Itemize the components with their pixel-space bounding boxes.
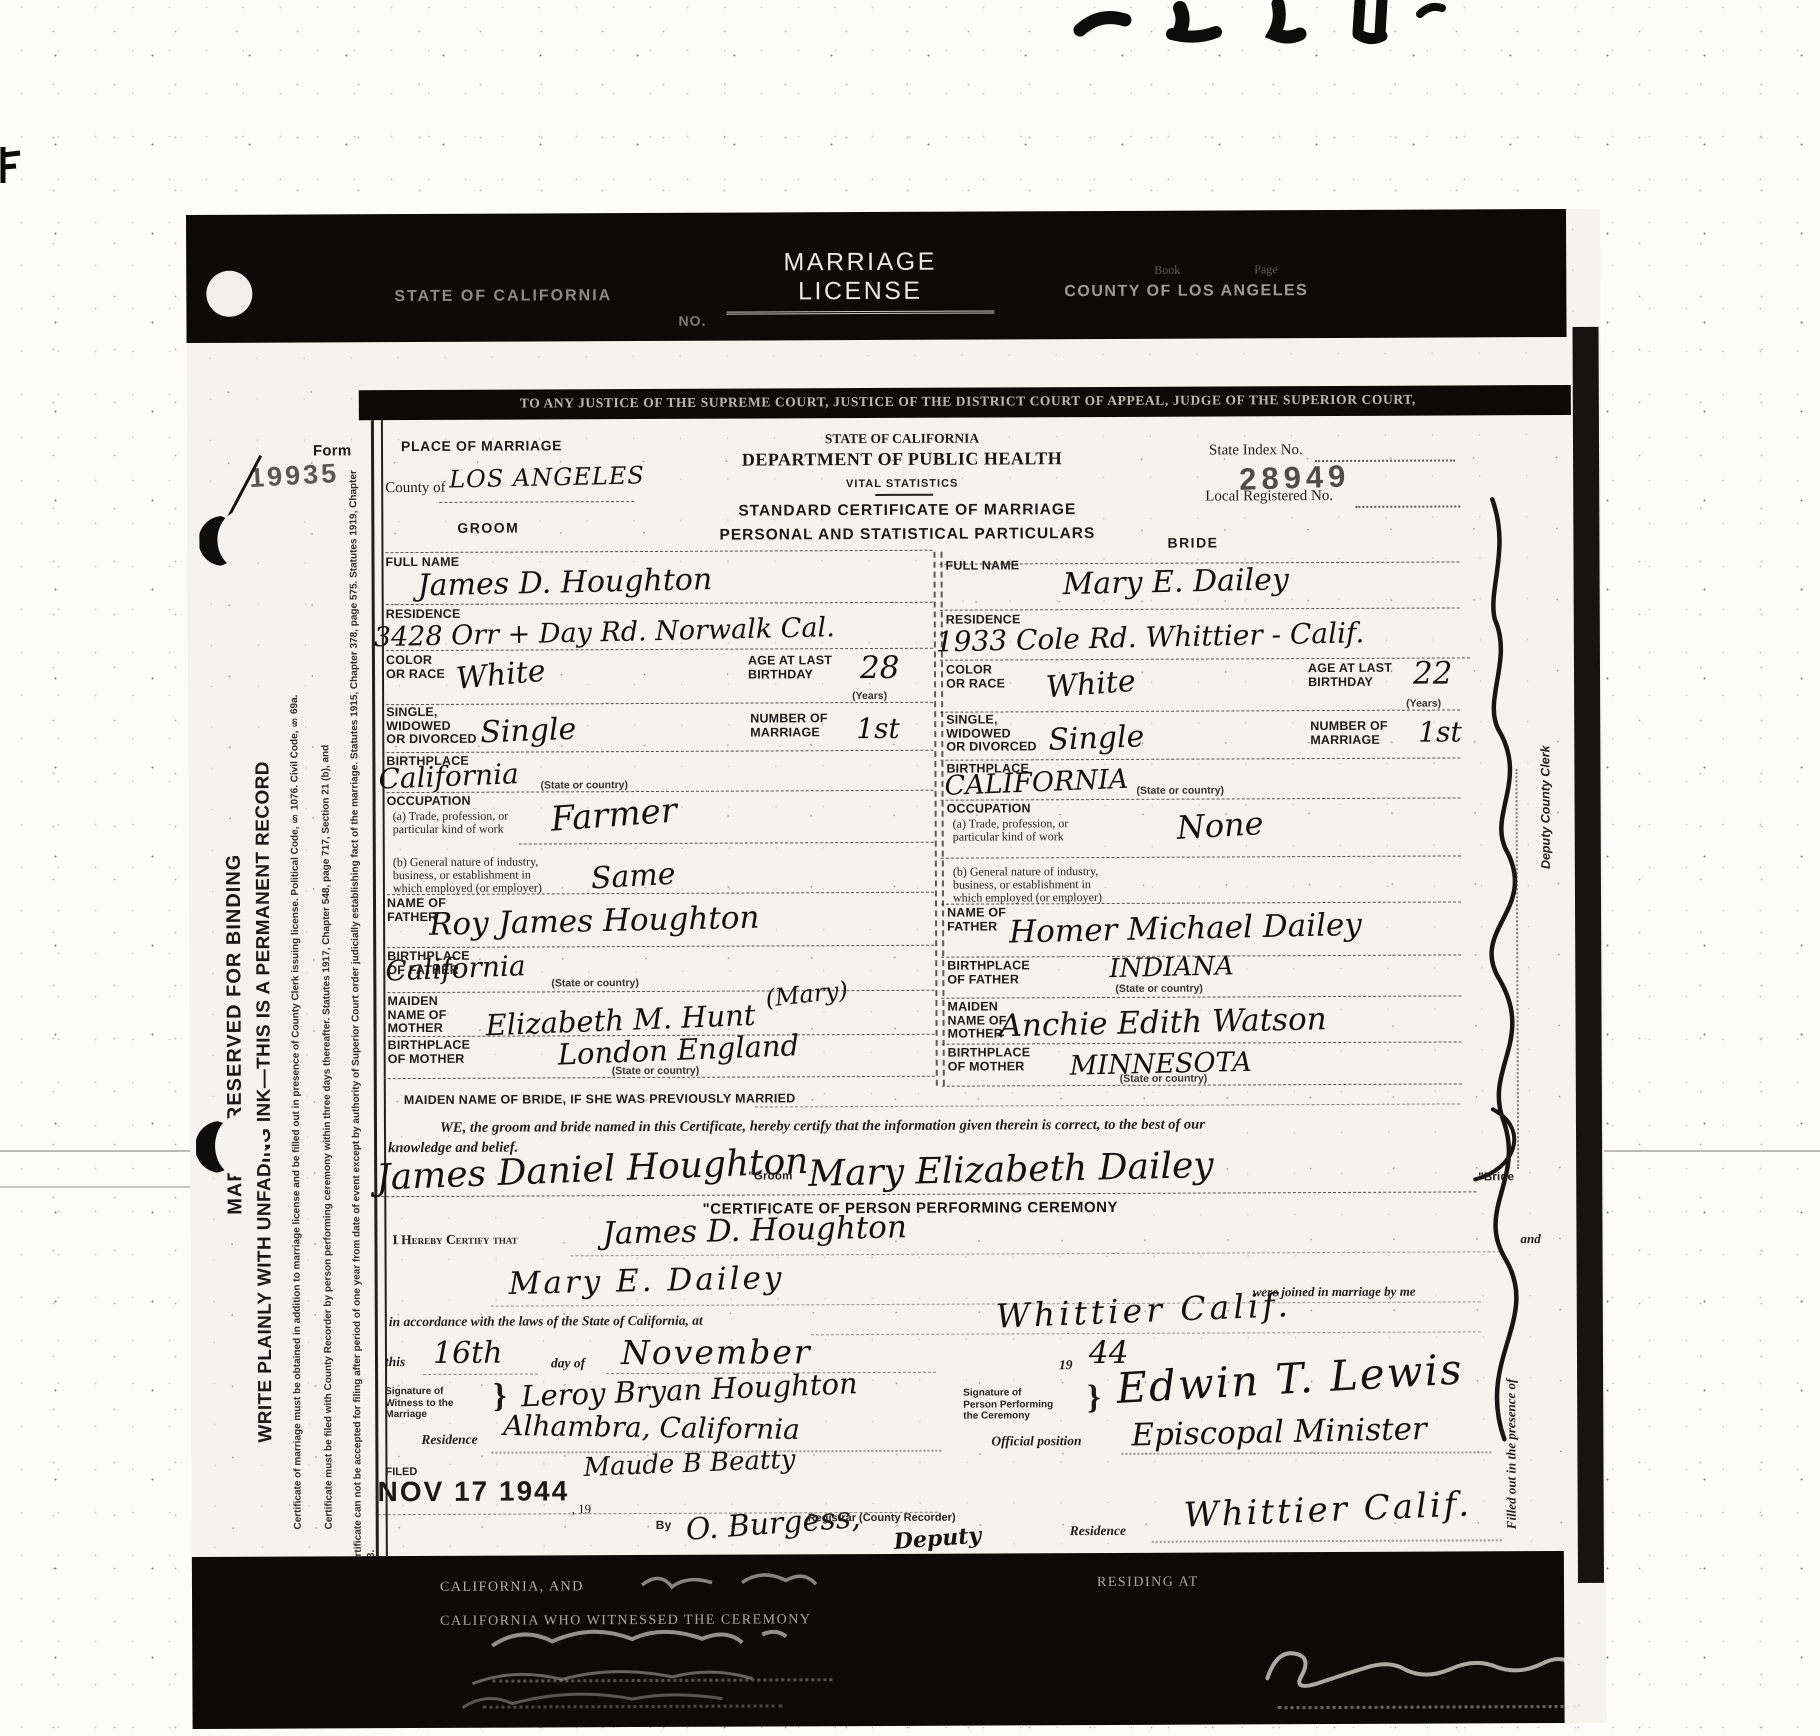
bride-father-bp-value: INDIANA bbox=[1109, 951, 1234, 984]
crescent-mark-2-mask bbox=[215, 1115, 265, 1177]
groom-status-label: SINGLE, WIDOWED OR DIVORCED bbox=[386, 706, 477, 747]
bride-occ-a-value: None bbox=[1176, 804, 1265, 847]
local-reg-stamp: 28949 bbox=[1239, 458, 1351, 497]
bride-occ-b-label: (b) General nature of industry, business… bbox=[953, 865, 1102, 905]
banner-page-label: Page bbox=[1254, 262, 1277, 277]
bride-status-label: SINGLE, WIDOWED OR DIVORCED bbox=[946, 713, 1037, 754]
groom-mother-bp-note: (State or country) bbox=[612, 1065, 700, 1077]
bride-marriage-no-label: NUMBER OF MARRIAGE bbox=[1310, 720, 1388, 747]
groom-rule-9 bbox=[387, 990, 934, 993]
margin-note-1: Certificate of marriage must be obtained… bbox=[287, 469, 322, 1529]
filed-year-suffix: , 19 bbox=[572, 1501, 592, 1517]
day-of-label: day of bbox=[551, 1355, 585, 1371]
groom-full-name-value: James D. Houghton bbox=[417, 562, 712, 603]
solemnizer-signature-white bbox=[1252, 1629, 1582, 1700]
hereby-certify-label: I Hereby Certify that bbox=[392, 1232, 517, 1249]
groom-rule-3 bbox=[386, 702, 933, 705]
dept-header-vital: VITAL STATISTICS bbox=[827, 478, 977, 491]
bride-full-name-label: FULL NAME bbox=[946, 559, 1020, 573]
groom-father-bp-value: California bbox=[385, 949, 527, 987]
groom-years-note: (Years) bbox=[852, 690, 887, 702]
bride-signature-tag: "Bride bbox=[1478, 1171, 1514, 1185]
bride-rule-6 bbox=[941, 855, 1461, 858]
performer-residence-leader bbox=[1152, 1539, 1502, 1543]
groom-top-rule bbox=[385, 550, 932, 553]
banner-county: COUNTY OF LOS ANGELES bbox=[1064, 282, 1308, 301]
dept-header-particulars: PERSONAL AND STATISTICAL PARTICULARS bbox=[647, 525, 1167, 545]
groom-occ-b-value: Same bbox=[590, 857, 676, 897]
bride-age-label: AGE AT LAST BIRTHDAY bbox=[1308, 662, 1392, 689]
performer-signature-label: Signature of Person Performing the Cerem… bbox=[963, 1387, 1053, 1422]
banner-state: STATE OF CALIFORNIA bbox=[394, 287, 612, 306]
certify-statement-line1: WE, the groom and bride named in this Ce… bbox=[440, 1115, 1470, 1136]
bride-occupation-label: OCCUPATION bbox=[947, 802, 1031, 816]
dept-header-public-health: DEPARTMENT OF PUBLIC HEALTH bbox=[687, 448, 1117, 471]
bride-color-label: COLOR OR RACE bbox=[946, 663, 1005, 690]
groom-father-bp-note: (State or country) bbox=[551, 977, 639, 989]
bottom-handwriting-smudges bbox=[432, 1563, 1133, 1716]
place-of-marriage-label: PLACE OF MARRIAGE bbox=[401, 439, 562, 453]
groom-signature-tag: "Groom bbox=[748, 1170, 792, 1184]
groom-occ-b-label: (b) General nature of industry, business… bbox=[393, 855, 542, 895]
state-index-label: State Index No. bbox=[1209, 442, 1303, 459]
witness-residence-label: Residence bbox=[421, 1432, 477, 1448]
bride-status-value: Single bbox=[1048, 719, 1145, 758]
certificate-scan: MARRIAGE LICENSE STATE OF CALIFORNIA NO.… bbox=[186, 209, 1607, 1729]
performer-brace: } bbox=[1087, 1379, 1101, 1417]
crescent-mark-mask bbox=[217, 511, 265, 569]
groom-birthplace-value: California bbox=[378, 757, 520, 795]
accordance-label: in accordance with the laws of the State… bbox=[389, 1313, 703, 1330]
bride-father-bp-note: (State or country) bbox=[1115, 983, 1203, 995]
maiden-name-leader bbox=[755, 1103, 1460, 1107]
groom-age-value: 28 bbox=[860, 650, 900, 686]
groom-rule-4 bbox=[386, 750, 933, 753]
filled-presence-label: Filled out in the presence of bbox=[1502, 1169, 1520, 1529]
ceremony-rule-3 bbox=[811, 1331, 1481, 1335]
deputy-note: Deputy bbox=[893, 1523, 982, 1555]
bride-rule-4 bbox=[940, 757, 1460, 760]
groom-status-value: Single bbox=[480, 712, 577, 751]
groom-rule-11 bbox=[388, 1076, 935, 1079]
banner-no-label: NO. bbox=[678, 313, 706, 329]
banner-book-label: Book bbox=[1154, 263, 1180, 278]
performer-signature: Edwin T. Lewis bbox=[1115, 1344, 1465, 1413]
bride-age-value: 22 bbox=[1413, 655, 1453, 691]
official-position-leader bbox=[1121, 1451, 1491, 1455]
performer-residence-label: Residence bbox=[1070, 1523, 1126, 1539]
form-label: Form bbox=[313, 444, 351, 458]
bride-rule-9 bbox=[941, 995, 1461, 998]
bride-mother-label: MAIDEN NAME OF MOTHER bbox=[947, 1000, 1006, 1041]
maiden-name-bride-label: MAIDEN NAME OF BRIDE, IF SHE WAS PREVIOU… bbox=[404, 1092, 796, 1107]
bride-occ-a-label: (a) Trade, profession, or particular kin… bbox=[953, 817, 1069, 844]
groom-age-label: AGE AT LAST BIRTHDAY bbox=[748, 654, 832, 681]
filed-date-stamp: NOV 17 1944 bbox=[378, 1475, 570, 1508]
license-title: MARRIAGE LICENSE bbox=[726, 247, 994, 314]
bride-rule-3 bbox=[940, 709, 1460, 712]
left-edge-mark bbox=[0, 145, 26, 185]
bride-father-bp-label: BIRTHPLACE OF FATHER bbox=[947, 959, 1030, 986]
groom-occ-a-label: (a) Trade, profession, or particular kin… bbox=[393, 810, 509, 837]
bride-signature: Mary Elizabeth Dailey bbox=[808, 1145, 1214, 1195]
groom-state-country-note: (State or country) bbox=[540, 779, 628, 791]
bride-father-value: Homer Michael Dailey bbox=[1009, 907, 1362, 951]
ceremony-place: Whittier Calif. bbox=[995, 1285, 1292, 1336]
ceremony-month: November bbox=[621, 1332, 812, 1372]
groom-header: GROOM bbox=[457, 522, 519, 536]
margin-permanent-line: WRITE PLAINLY WITH UNFADING INK—THIS IS … bbox=[251, 483, 277, 1443]
cut-off-pen-marks bbox=[1060, 0, 1620, 60]
groom-color-value: White bbox=[455, 654, 547, 697]
groom-color-label: COLOR OR RACE bbox=[386, 654, 445, 681]
vital-underline bbox=[875, 494, 933, 496]
ceremony-rule-2 bbox=[491, 1301, 1481, 1306]
bride-full-name-value: Mary E. Dailey bbox=[1062, 562, 1289, 602]
county-of-value: LOS ANGELES bbox=[449, 461, 645, 493]
ceremony-bride-name: Mary E. Dailey bbox=[508, 1260, 785, 1302]
by-label: By bbox=[656, 1519, 672, 1533]
deputy-clerk-label: Deputy County Clerk bbox=[1537, 539, 1552, 869]
bride-marriage-no-value: 1st bbox=[1418, 715, 1462, 748]
groom-rule-6 bbox=[519, 842, 934, 845]
bride-header: BRIDE bbox=[1167, 536, 1218, 550]
groom-mother-bp-label: BIRTHPLACE OF MOTHER bbox=[388, 1039, 471, 1066]
bride-color-value: White bbox=[1045, 664, 1137, 706]
this-label: this bbox=[385, 1354, 405, 1370]
dept-header-standard: STANDARD CERTIFICATE OF MARRIAGE bbox=[647, 501, 1167, 521]
groom-rule-8 bbox=[387, 945, 934, 948]
ceremony-day: 16th bbox=[433, 1336, 503, 1371]
bride-rule-1 bbox=[940, 607, 1460, 610]
groom-marriage-no-value: 1st bbox=[856, 712, 900, 745]
bride-state-country-note: (State or country) bbox=[1136, 784, 1224, 796]
bride-birthplace-value: CALIFORNIA bbox=[944, 764, 1129, 802]
registrar-label: Registrar (County Recorder) bbox=[808, 1512, 956, 1526]
witness-signature-label: Signature of Witness to the Marriage bbox=[385, 1386, 453, 1421]
bride-years-note: (Years) bbox=[1406, 698, 1441, 710]
groom-occ-a-value: Farmer bbox=[549, 791, 678, 840]
official-position-label: Official position bbox=[991, 1433, 1081, 1449]
and-label: and bbox=[1520, 1231, 1540, 1247]
year-prefix: 19 bbox=[1059, 1357, 1073, 1373]
bride-mother-bp-label: BIRTHPLACE OF MOTHER bbox=[948, 1046, 1031, 1073]
right-edge-strip bbox=[1573, 327, 1604, 1583]
witness-residence-value: Alhambra, California bbox=[503, 1409, 800, 1446]
official-position-value: Episcopal Minister bbox=[1131, 1411, 1427, 1453]
county-of-label: County of bbox=[385, 480, 445, 497]
groom-marriage-no-label: NUMBER OF MARRIAGE bbox=[750, 712, 828, 739]
performer-residence-value: Whittier Calif. bbox=[1183, 1484, 1473, 1535]
witness-signature: Leroy Bryan Houghton bbox=[521, 1366, 859, 1413]
ceremony-groom-name: James D. Houghton bbox=[602, 1209, 907, 1252]
county-underline bbox=[439, 501, 634, 503]
groom-mother-note: (Mary) bbox=[764, 976, 849, 1013]
ceremony-rule-1 bbox=[571, 1251, 1501, 1256]
bride-mother-value: Anchie Edith Watson bbox=[999, 1001, 1327, 1044]
groom-mother-label: MAIDEN NAME OF MOTHER bbox=[387, 995, 446, 1036]
day-rule bbox=[423, 1373, 538, 1375]
bride-father-label: NAME OF FATHER bbox=[947, 906, 1006, 933]
hole-punch bbox=[206, 271, 252, 317]
bride-rule-11 bbox=[942, 1083, 1462, 1086]
dept-header-state: STATE OF CALIFORNIA bbox=[747, 430, 1057, 447]
bride-mother-bp-note: (State or country) bbox=[1120, 1073, 1208, 1085]
groom-father-value: Roy James Houghton bbox=[429, 900, 760, 943]
groom-occupation-label: OCCUPATION bbox=[387, 795, 471, 809]
